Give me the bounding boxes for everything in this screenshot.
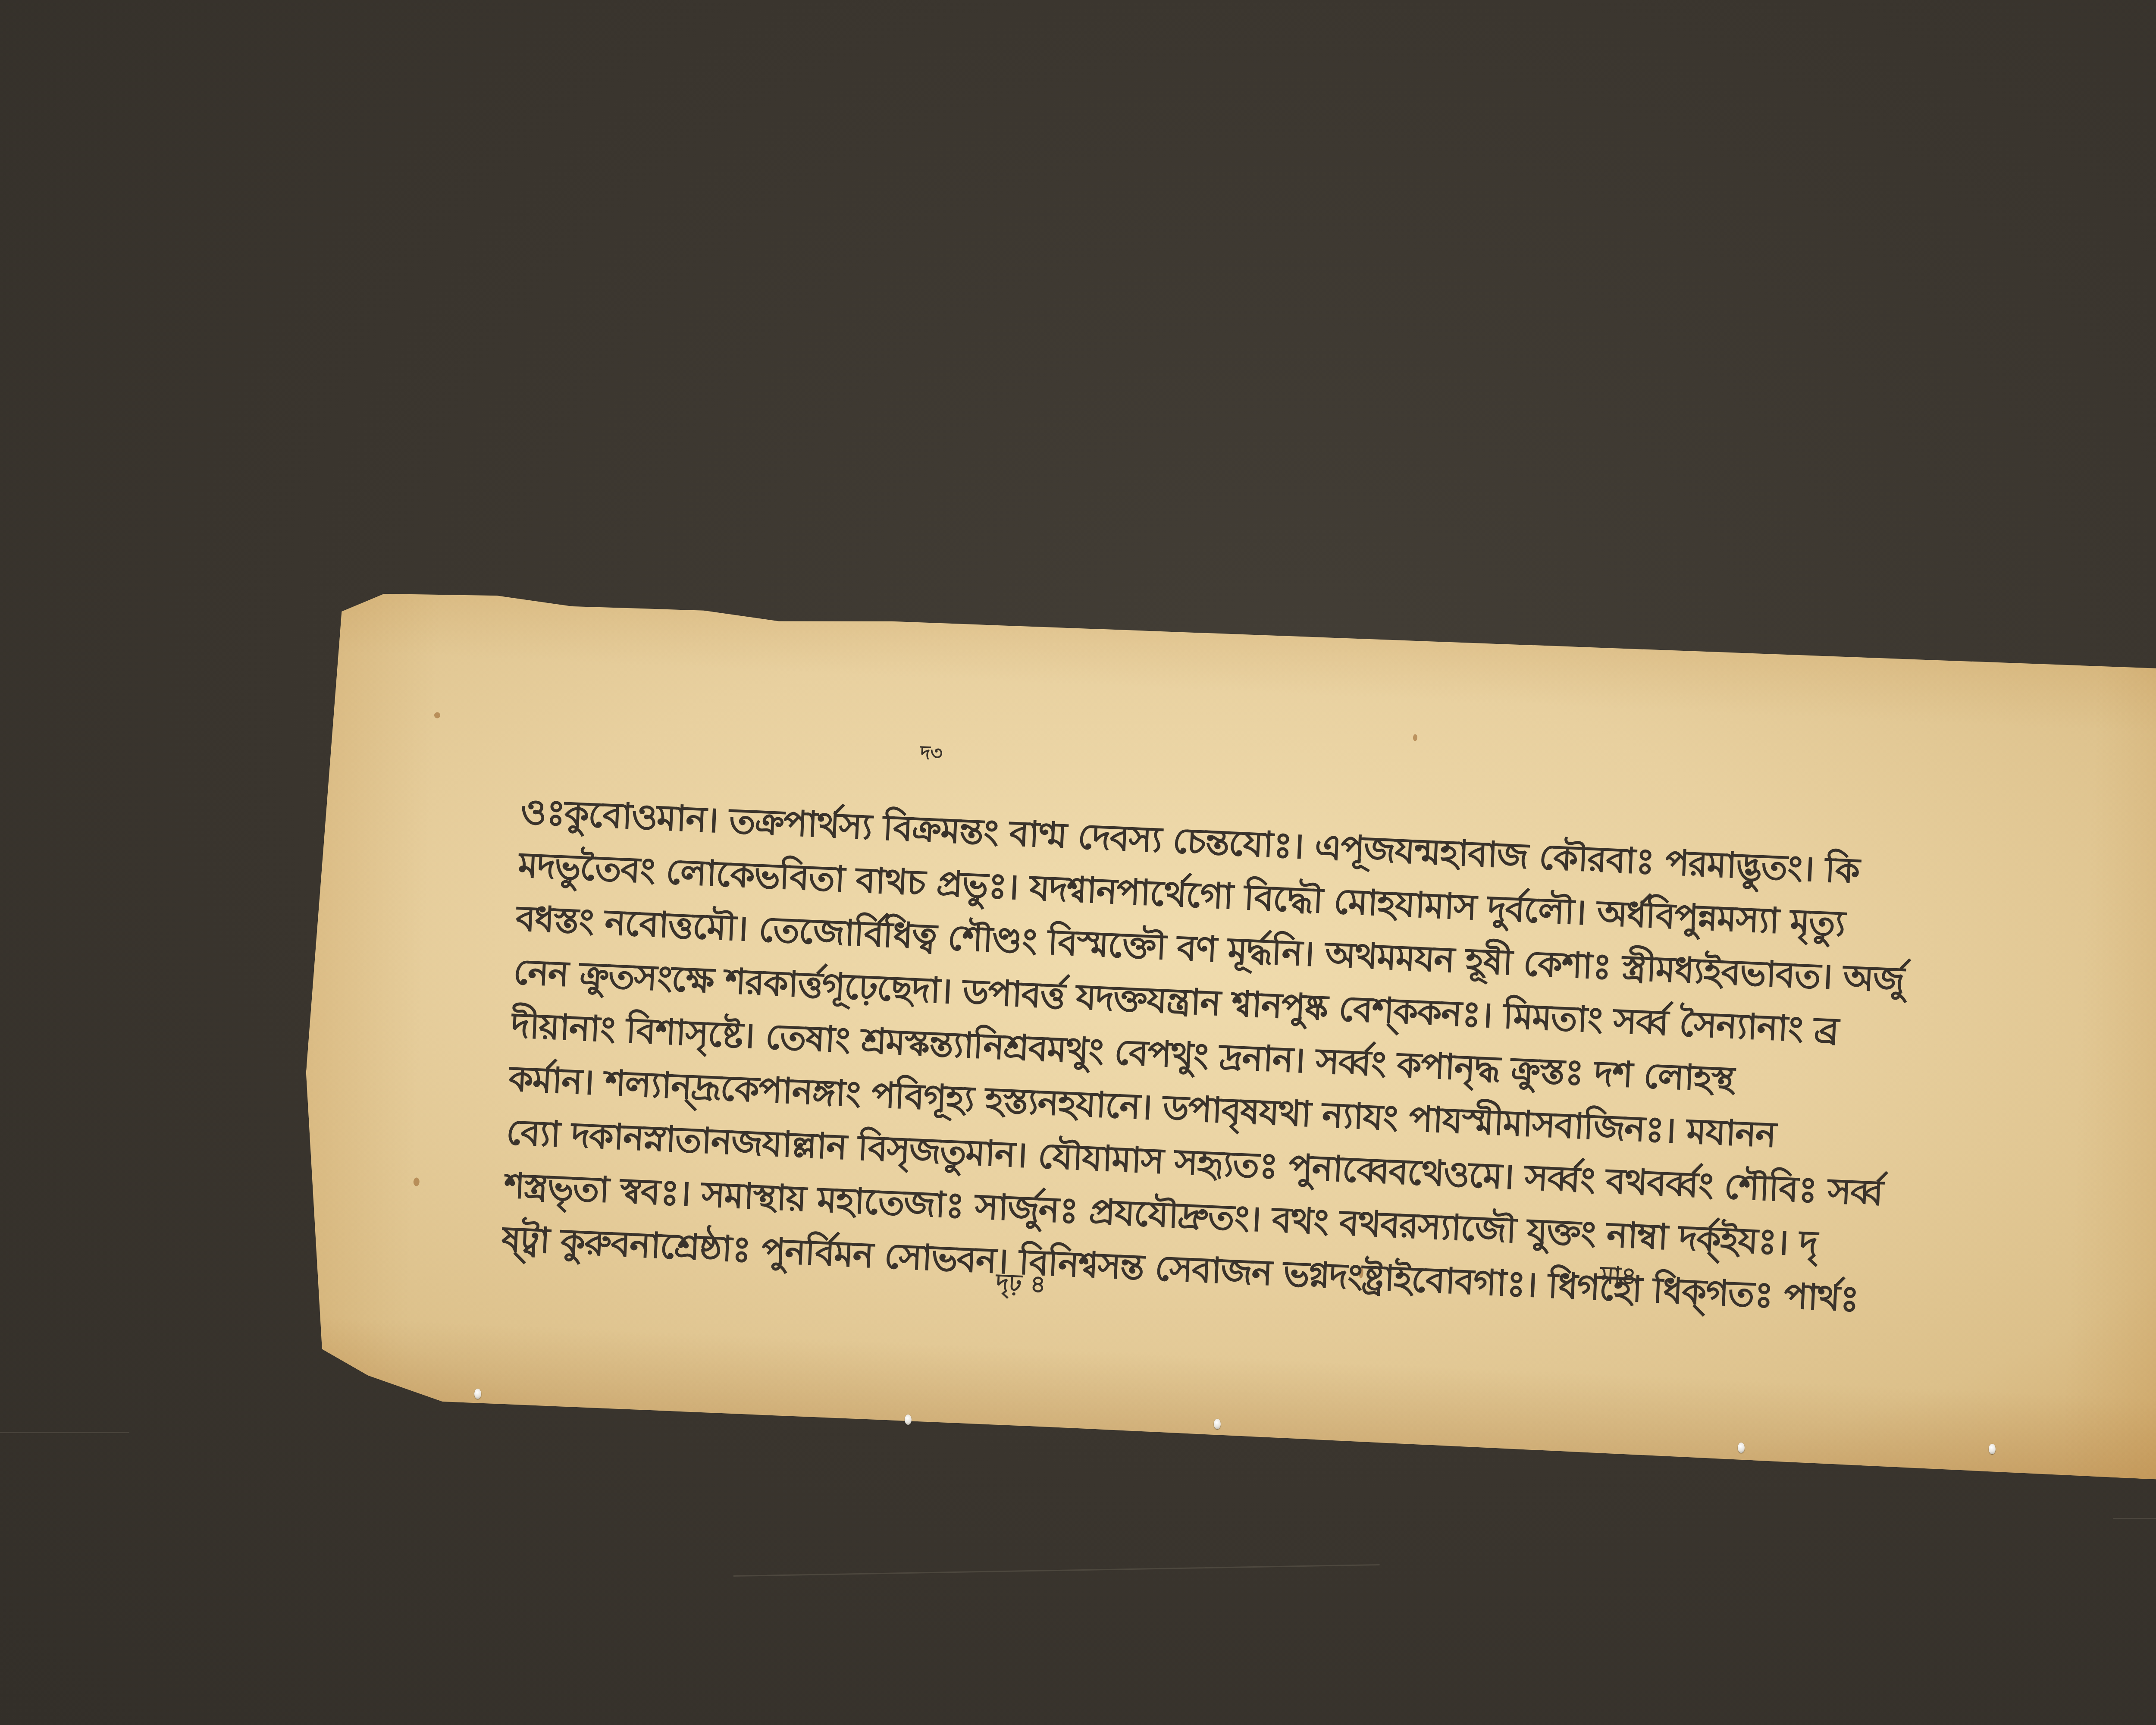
top-folio-mark: দ৩ (919, 738, 943, 771)
board-scratch (733, 1564, 1380, 1577)
mounting-pin (1989, 1444, 1996, 1454)
manuscript-text-block: ওঃকুবোওমান। তক্ৰপার্থস্য বিক্রমন্তং বাণ্… (500, 785, 2156, 1340)
mounting-pin (1214, 1419, 1221, 1429)
board-scratch (2113, 1518, 2156, 1519)
bottom-margin-note-right: মা৪ (1600, 1256, 1638, 1298)
mounting-pin (474, 1389, 481, 1399)
board-scratch (0, 1432, 129, 1433)
mounting-pin (905, 1414, 912, 1425)
mounting-pin (1738, 1443, 1745, 1453)
bottom-margin-note-left: দৃঢ় ৪ (995, 1264, 1047, 1307)
manuscript-leaf: দ৩ ওঃকুবোওমান। তক্ৰপার্থস্য বিক্রমন্তং ব… (291, 586, 2156, 1480)
